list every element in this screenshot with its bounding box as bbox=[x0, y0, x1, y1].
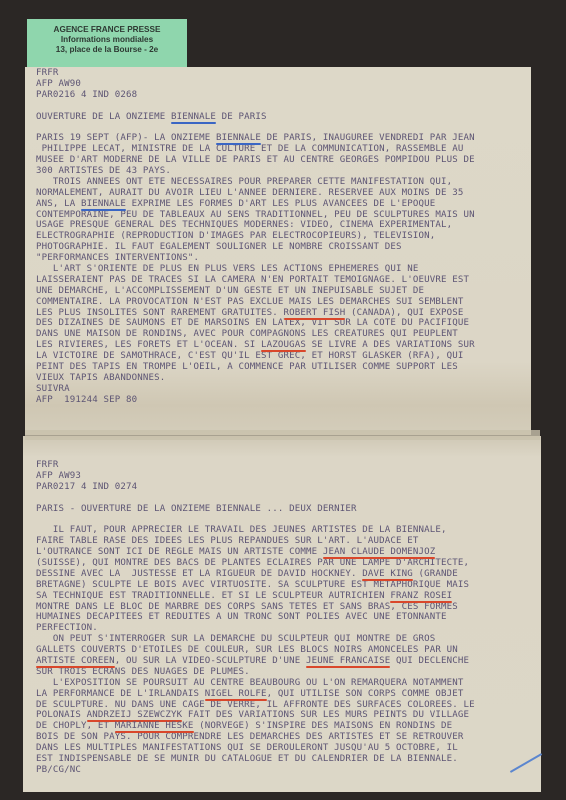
text-line bbox=[36, 122, 475, 133]
underlined-name: MARIANNE HESKE bbox=[115, 721, 194, 731]
afp-stamp-label: AGENCE FRANCE PRESSE Informations mondia… bbox=[27, 19, 187, 67]
text-line: OUVERTURE DE LA ONZIEME BIENNALE DE PARI… bbox=[36, 112, 475, 123]
text-line: MUSEE D'ART MODERNE DE LA VILLE DE PARIS… bbox=[36, 155, 475, 166]
text-line: NORMALEMENT, AURAIT DU AVOIR LIEU L'ANNE… bbox=[36, 188, 475, 199]
paper-fold bbox=[25, 430, 540, 440]
underlined-name: FRANZ ROSEI bbox=[390, 591, 452, 601]
text-line: SUR TROIS ECRANS DES NUAGES DE PLUMES. bbox=[36, 667, 475, 678]
text-line: FRFR bbox=[36, 68, 475, 79]
text-line: COMMENTAIRE. LA PROVOCATION N'EST PAS EX… bbox=[36, 297, 475, 308]
text-line: L'ART S'ORIENTE DE PLUS EN PLUS VERS LES… bbox=[36, 264, 475, 275]
text-line: LA VICTOIRE DE SAMOTHRACE, C'EST QU'IL E… bbox=[36, 351, 475, 362]
text-line: ANS, LA BIENNALE EXPRIME LES FORMES D'AR… bbox=[36, 199, 475, 210]
underlined-name: BIENNALE bbox=[216, 133, 261, 143]
text-line bbox=[36, 101, 475, 112]
stamp-subtitle: Informations mondiales bbox=[27, 35, 187, 45]
text-line: IL FAUT, POUR APPRECIER LE TRAVAIL DES J… bbox=[36, 525, 475, 536]
text-line: GALLETS COUVERTS D'ETOILES DE COULEUR, S… bbox=[36, 645, 475, 656]
text-line bbox=[36, 493, 475, 504]
text-line: DES DIZAINES DE SAUMONS ET DE MARSOINS E… bbox=[36, 318, 475, 329]
underlined-name: BIENNALE bbox=[171, 112, 216, 122]
text-line: SA TECHNIQUE EST TRADITIONNELLE. ET SI L… bbox=[36, 591, 475, 602]
text-line: AFP 191244 SEP 80 bbox=[36, 395, 475, 406]
text-line: BOIS DE SON PAYS. POUR COMPRENDRE LES DE… bbox=[36, 732, 475, 743]
text-line: BRETAGNE) SCULPTE LE BOIS AVEC VIRTUOSIT… bbox=[36, 580, 475, 591]
underlined-name: DAVE KING bbox=[362, 569, 413, 579]
text-line: LAISSERAIENT PAS DE TRACES SI LA CAMERA … bbox=[36, 275, 475, 286]
stamp-agency: AGENCE FRANCE PRESSE bbox=[27, 25, 187, 35]
text-line: POLONAIS ANDRZEIJ SZEWCZYK FAIT DES VARI… bbox=[36, 710, 475, 721]
underlined-name: ROBERT FISH bbox=[284, 308, 346, 318]
underlined-name: ANDRZEIJ SZEWCZYK bbox=[87, 710, 183, 720]
text-line bbox=[36, 514, 475, 525]
text-line: SUIVRA bbox=[36, 384, 475, 395]
text-line: L'OUTRANCE SONT ICI DE REGLE MAIS UN ART… bbox=[36, 547, 475, 558]
text-line: FAIRE TABLE RASE DES IDEES LES PLUS REPA… bbox=[36, 536, 475, 547]
text-line: PAR0217 4 IND 0274 bbox=[36, 482, 475, 493]
text-line: ELECTROGRAPHIE (REPRODUCTION D'IMAGES PA… bbox=[36, 231, 475, 242]
text-line: UNE DEMARCHE, L'ACCOMPLISSEMENT D'UN GES… bbox=[36, 286, 475, 297]
text-line: L'EXPOSITION SE POURSUIT AU CENTRE BEAUB… bbox=[36, 678, 475, 689]
stamp-address: 13, place de la Bourse - 2e bbox=[27, 45, 187, 55]
text-line: 300 ARTISTES DE 43 PAYS. bbox=[36, 166, 475, 177]
text-line: TROIS ANNEES ONT ETE NECESSAIRES POUR PR… bbox=[36, 177, 475, 188]
text-line: ARTISTE COREEN, OU SUR LA VIDEO-SCULPTUR… bbox=[36, 656, 475, 667]
text-line: PARIS - OUVERTURE DE LA ONZIEME BIENNALE… bbox=[36, 504, 475, 515]
text-line: PHILIPPE LECAT, MINISTRE DE LA CULTURE E… bbox=[36, 144, 475, 155]
text-line: CONTEMPORAINE, PEU DE TABLEAUX AU SENS T… bbox=[36, 210, 475, 221]
text-line: DE CHOPLY, ET MARIANNE HESKE (NORVEGE) S… bbox=[36, 721, 475, 732]
underlined-name: NIGEL ROLFE bbox=[205, 689, 267, 699]
text-line: "PERFORMANCES INTERVENTIONS". bbox=[36, 253, 475, 264]
text-line: AFP AW93 bbox=[36, 471, 475, 482]
text-line: DE SCULPTURE. NU DANS UNE CAGE DE VERRE,… bbox=[36, 700, 475, 711]
text-line: PERFECTION. bbox=[36, 623, 475, 634]
dispatch-2-text: FRFRAFP AW93PAR0217 4 IND 0274 PARIS - O… bbox=[36, 460, 475, 776]
text-line: DESSINE AVEC LA JUSTESSE ET LA RIGUEUR D… bbox=[36, 569, 475, 580]
text-line: DANS LES MULTIPLES MANIFESTATIONS QUI SE… bbox=[36, 743, 475, 754]
text-line: FRFR bbox=[36, 460, 475, 471]
text-line: DANS UNE MAISON DE RONDINS, AVEC POUR CO… bbox=[36, 329, 475, 340]
text-line: AFP AW90 bbox=[36, 79, 475, 90]
underlined-name: JEUNE FRANCAISE bbox=[306, 656, 390, 666]
text-line: ON PEUT S'INTERROGER SUR LA DEMARCHE DU … bbox=[36, 634, 475, 645]
text-line: USAGE PRESQUE GENERAL DES TECHNIQUES MOD… bbox=[36, 220, 475, 231]
text-line: PB/CG/NC bbox=[36, 765, 475, 776]
text-line: PARIS 19 SEPT (AFP)- LA ONZIEME BIENNALE… bbox=[36, 133, 475, 144]
text-line: PAR0216 4 IND 0268 bbox=[36, 90, 475, 101]
text-line: LES PLUS INSOLITES SONT RAREMENT GRATUIT… bbox=[36, 308, 475, 319]
text-line: LES RIVIERES, LES FORETS ET L'OCEAN. SI … bbox=[36, 340, 475, 351]
underlined-name: BIENNALE bbox=[81, 199, 126, 209]
text-line: MONTRE DANS LE BLOC DE MARBRE DES CORPS … bbox=[36, 602, 475, 613]
text-line: HUMAINES DECAPITEES ET REDUITES A UN TRO… bbox=[36, 612, 475, 623]
text-line: VIEUX TAPIS ABANDONNES. bbox=[36, 373, 475, 384]
text-line: EST INDISPENSABLE DE SE MUNIR DU CATALOG… bbox=[36, 754, 475, 765]
text-line: PHOTOGRAPHIE. IL FAUT EGALEMENT SOULIGNE… bbox=[36, 242, 475, 253]
text-line: PEINT DES TAPIS EN TROMPE L'OEIL, A COMM… bbox=[36, 362, 475, 373]
underlined-name: LAZOUGAS bbox=[261, 340, 306, 350]
underlined-name: JEAN CLAUDE DOMENJOZ bbox=[323, 547, 436, 557]
text-line: (SUISSE), QUI MONTRE DES BACS DE PLANTES… bbox=[36, 558, 475, 569]
underlined-name: ARTISTE COREEN bbox=[36, 656, 115, 666]
dispatch-1-text: FRFRAFP AW90PAR0216 4 IND 0268 OUVERTURE… bbox=[36, 68, 475, 406]
text-line: LA PERFORMANCE DE L'IRLANDAIS NIGEL ROLF… bbox=[36, 689, 475, 700]
